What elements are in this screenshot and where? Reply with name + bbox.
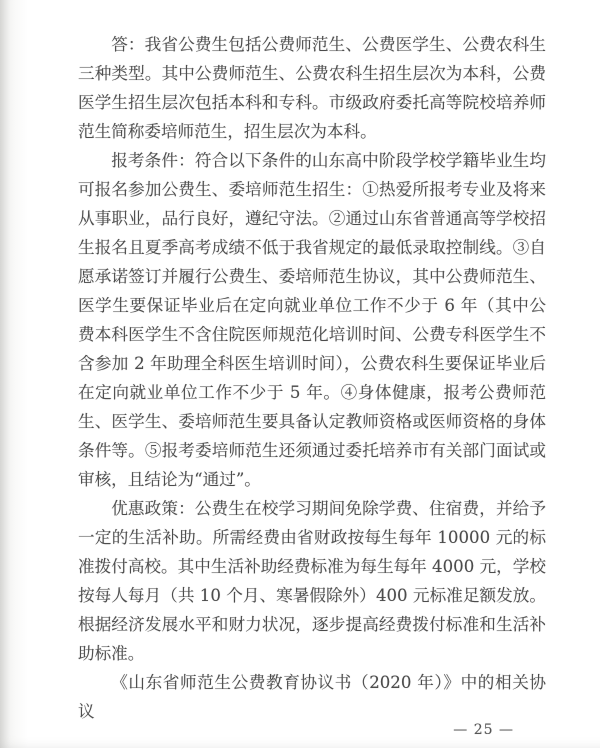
paragraph-preferential-policy: 优惠政策：公费生在校学习期间免除学费、住宿费，并给予一定的生活补助。所需经费由省… bbox=[78, 494, 546, 668]
paragraph-answer: 答：我省公费生包括公费师范生、公费医学生、公费农科生三种类型。其中公费师范生、公… bbox=[78, 30, 546, 146]
document-page: 答：我省公费生包括公费师范生、公费医学生、公费农科生三种类型。其中公费师范生、公… bbox=[0, 0, 600, 748]
document-text-block: 答：我省公费生包括公费师范生、公费医学生、公费农科生三种类型。其中公费师范生、公… bbox=[78, 30, 546, 726]
page-number: — 25 — bbox=[453, 722, 514, 738]
paragraph-application-requirements: 报考条件：符合以下条件的山东高中阶段学校学籍毕业生均可报名参加公费生、委培师范生… bbox=[78, 146, 546, 494]
paragraph-agreement-reference: 《山东省师范生公费教育协议书（2020 年）》中的相关协议 bbox=[78, 668, 546, 726]
